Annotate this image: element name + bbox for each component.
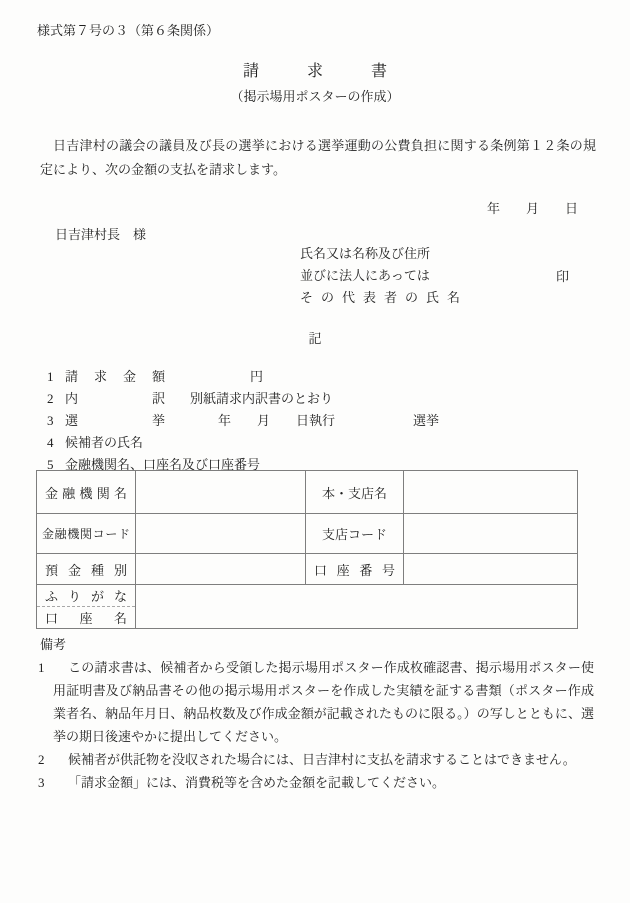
declarant-line-1: 氏名又は名称及び住所 (300, 243, 468, 265)
date-line: 年 月 日 (0, 198, 630, 217)
section-marker: 記 (0, 328, 630, 347)
remark-note-1: 1この請求書は、候補者から受領した掲示場用ポスター作成枚確認書、掲示場用ポスター… (53, 656, 594, 748)
item-number: 4 (47, 432, 65, 454)
branch-name-label: 本・支店名 (306, 471, 404, 514)
form-number: 様式第７号の３（第６条関係） (37, 20, 219, 39)
declarant-block: 氏名又は名称及び住所 並びに法人にあっては その代表者の氏名 (300, 243, 468, 309)
account-number-value-cell (404, 554, 578, 585)
bank-code-label: 金融機関コード (37, 514, 136, 554)
note-text: 候補者が供託物を没収された場合には、日吉津村に支払を請求することはできません。 (68, 752, 576, 767)
note-number: 1 (38, 656, 68, 679)
branch-name-value-cell (404, 471, 578, 514)
list-item-claim-amount: 1請求金額円 (47, 366, 439, 388)
item-label: 請求金額 (65, 366, 165, 388)
item-value: 別紙請求内訳書のとおり (190, 388, 333, 410)
item-label: 内訳 (65, 388, 165, 410)
document-subtitle: （掲示場用ポスターの作成） (0, 86, 630, 105)
deposit-type-label: 預金種別 (37, 554, 136, 585)
remark-note-3: 3「請求金額」には、消費税等を含めた金額を記載してください。 (53, 771, 594, 794)
note-number: 3 (38, 771, 68, 794)
document-title: 請 求 書 (0, 58, 630, 81)
item-value: 年 月 日執行 選挙 (218, 410, 439, 432)
branch-code-value-cell (404, 514, 578, 554)
item-label: 候補者の氏名 (65, 432, 143, 454)
note-text: 「請求金額」には、消費税等を含めた金額を記載してください。 (68, 775, 445, 790)
addressee: 日吉津村長 様 (55, 224, 146, 243)
seal-mark: 印 (556, 266, 569, 285)
declarant-line-3: その代表者の氏名 (300, 287, 468, 309)
bank-code-value-cell (136, 514, 306, 554)
body-paragraph: 日吉津村の議会の議員及び長の選挙における選挙運動の公費負担に関する条例第１２条の… (40, 134, 596, 182)
declarant-line-2: 並びに法人にあっては (300, 265, 468, 287)
item-label: 選挙 (65, 410, 165, 432)
remarks-section: 備考 1この請求書は、候補者から受領した掲示場用ポスター作成枚確認書、掲示場用ポ… (38, 633, 594, 794)
item-number: 1 (47, 366, 65, 388)
account-number-label: 口座番号 (306, 554, 404, 585)
item-value: 円 (250, 366, 263, 388)
item-number: 3 (47, 410, 65, 432)
remarks-heading: 備考 (40, 633, 594, 656)
remark-note-2: 2候補者が供託物を没収された場合には、日吉津村に支払を請求することはできません。 (53, 748, 594, 771)
note-number: 2 (38, 748, 68, 771)
furigana-label: ふりがな (37, 585, 136, 607)
item-number: 2 (47, 388, 65, 410)
branch-code-label: 支店コード (306, 514, 404, 554)
table-row-furigana: ふりがな (37, 585, 578, 607)
list-item-candidate-name: 4候補者の氏名 (47, 432, 439, 454)
table-row-bank-name: 金融機関名 本・支店名 (37, 471, 578, 514)
deposit-type-value-cell (136, 554, 306, 585)
note-text: この請求書は、候補者から受領した掲示場用ポスター作成枚確認書、掲示場用ポスター使… (53, 660, 594, 744)
list-item-election: 3選挙年 月 日執行 選挙 (47, 410, 439, 432)
claim-item-list: 1請求金額円 2内訳別紙請求内訳書のとおり 3選挙年 月 日執行 選挙 4候補者… (47, 366, 439, 476)
invoice-form-page: 様式第７号の３（第６条関係） 請 求 書 （掲示場用ポスターの作成） 日吉津村の… (0, 0, 630, 903)
bank-name-label: 金融機関名 (37, 471, 136, 514)
account-name-label: 口座名 (37, 607, 136, 629)
table-row-bank-code: 金融機関コード 支店コード (37, 514, 578, 554)
list-item-breakdown: 2内訳別紙請求内訳書のとおり (47, 388, 439, 410)
account-name-value-cell (136, 585, 578, 629)
table-row-deposit-type: 預金種別 口座番号 (37, 554, 578, 585)
bank-account-table: 金融機関名 本・支店名 金融機関コード 支店コード 預金種別 口座番号 ふりがな… (36, 470, 578, 629)
bank-name-value-cell (136, 471, 306, 514)
